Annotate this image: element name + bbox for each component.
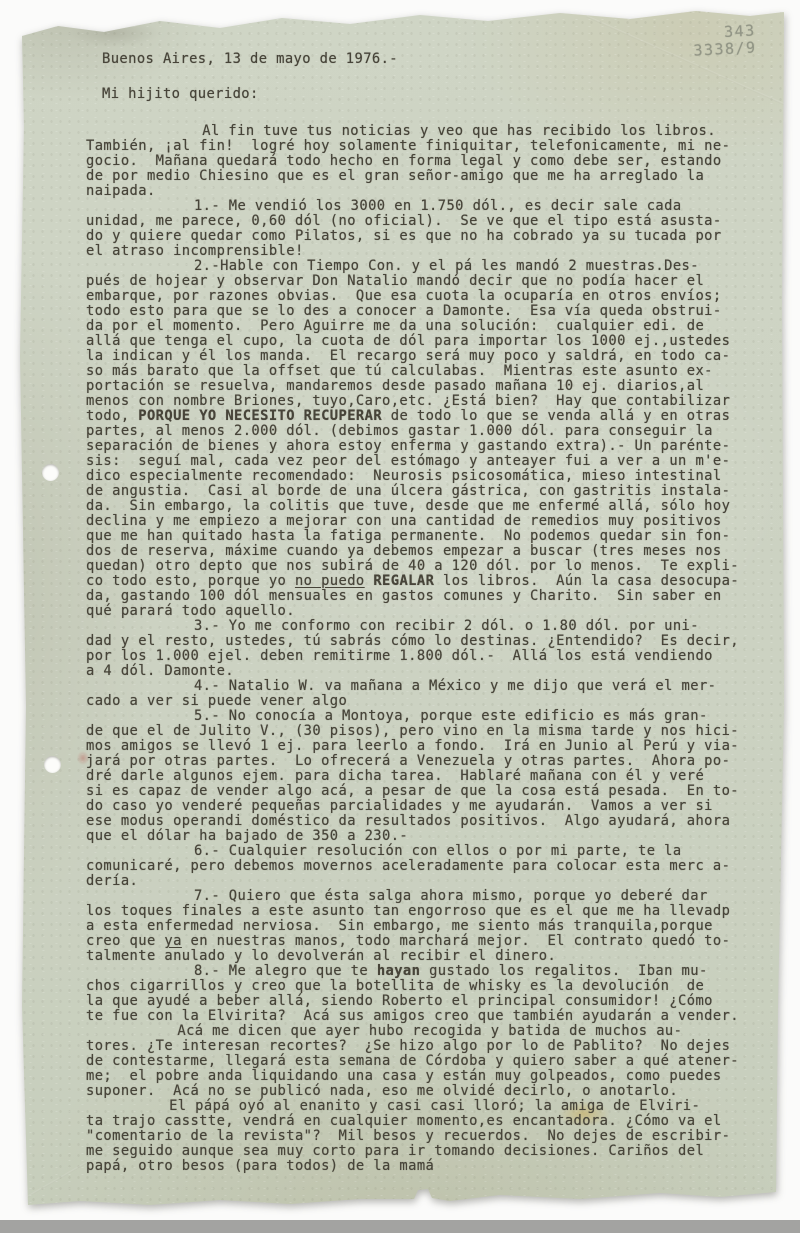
letter-paragraph: 7.- Quiero que ésta salga ahora mismo, p… [86,889,766,964]
hole-punch-bottom [44,756,61,773]
letter-paragraph: El pápá oyó al enanito y casi casi lloró… [86,1099,766,1174]
letter-paragraph: Acá me dicen que ayer hubo recogida y ba… [86,1024,766,1099]
letter-paragraph: Al fin tuve tus noticias y veo que has r… [86,124,766,199]
hole-punch-top [42,464,59,481]
letter-salutation: Mi hijito querido: [102,87,766,102]
letter-date: Buenos Aires, 13 de mayo de 1976.- [102,52,766,67]
letter-paragraph: 8.- Me alegro que te hayan gustado los r… [86,964,766,1024]
paper-sheet: 343 3338/9 Buenos Aires, 13 de mayo de 1… [20,6,784,1214]
letter-paragraph: 1.- Me vendió los 3000 en 1.750 dól., es… [86,199,766,259]
stain-top-left [54,14,174,52]
letter-paragraph: 3.- Yo me conformo con recibir 2 dól. o … [86,619,766,679]
letter-paragraph: 2.-Hable con Tiempo Con. y el pá les man… [86,259,766,619]
scanner-strip [0,1220,800,1233]
letter-paragraph: 4.- Natalio W. va mañana a México y me d… [86,679,766,709]
typewritten-letter: Buenos Aires, 13 de mayo de 1976.- Mi hi… [86,52,766,1174]
letter-paragraph: 6.- Cualquier resolución con ellos o por… [86,844,766,889]
letter-body: Al fin tuve tus noticias y veo que has r… [86,124,766,1174]
letter-paragraph: 5.- No conocía a Montoya, porque este ed… [86,709,766,844]
letter-page: 343 3338/9 Buenos Aires, 13 de mayo de 1… [20,6,784,1214]
